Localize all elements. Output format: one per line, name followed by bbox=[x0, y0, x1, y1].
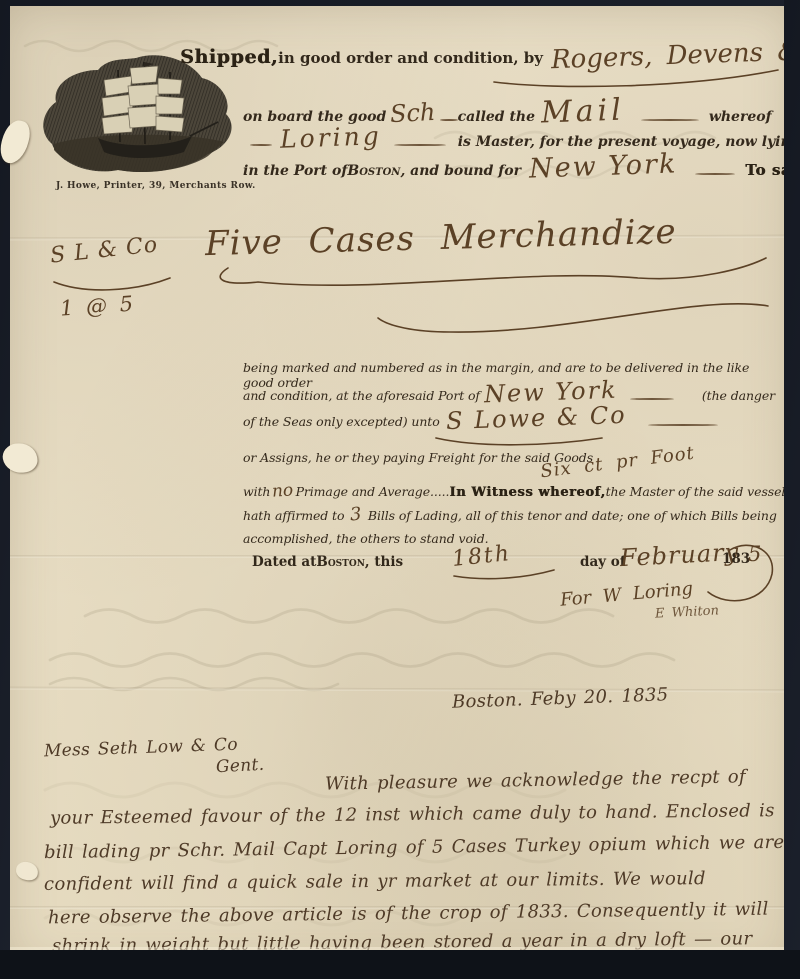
printer-credit: J. Howe, Printer, 39, Merchants Row. bbox=[56, 181, 256, 191]
pen-flourish bbox=[370, 292, 775, 342]
form-word-shipped: Shipped, bbox=[180, 46, 278, 68]
form-witness-line: Primage and Average..... bbox=[296, 484, 450, 499]
form-witness-line: Bills of Lading, all of this tenor and d… bbox=[368, 508, 777, 523]
hand-master-name: Loring bbox=[280, 121, 383, 154]
form-line4-boston: Boston bbox=[347, 163, 400, 179]
form-line4-a1: in the Port of bbox=[243, 163, 347, 179]
scan-edge-right bbox=[784, 0, 800, 979]
pen-dash bbox=[648, 424, 718, 426]
form-dated-a2: , this bbox=[365, 554, 403, 570]
form-paragraph-line: (the danger bbox=[702, 388, 775, 403]
pen-dash bbox=[440, 119, 458, 121]
form-witness-line: with bbox=[243, 484, 270, 499]
hand-shipper-name: Rogers, Devens & Co bbox=[551, 35, 800, 75]
scanned-document-page: J. Howe, Printer, 39, Merchants Row. Shi… bbox=[0, 0, 800, 979]
form-year-printed: 183 bbox=[722, 551, 750, 567]
form-line1-printed: in good order and condition, by bbox=[278, 49, 543, 67]
letter-addressee: Mess Seth Low & Co bbox=[44, 735, 238, 762]
hand-consignee: S Lowe & Co bbox=[445, 401, 627, 435]
paper-tear bbox=[15, 861, 39, 882]
hand-primage: no bbox=[272, 480, 295, 501]
form-line4-a2: , and bound for bbox=[400, 163, 521, 179]
form-in-witness-whereof: In Witness whereof, bbox=[449, 485, 605, 500]
hand-bills-count: 3 bbox=[350, 504, 363, 526]
hand-destination-port: New York bbox=[528, 148, 677, 184]
pen-dash bbox=[641, 119, 699, 121]
scan-edge-bottom bbox=[0, 950, 800, 979]
hand-margin-count: 1 @ 5 bbox=[59, 291, 137, 320]
pen-dash bbox=[394, 144, 446, 146]
form-paragraph-line: of the Seas only excepted) unto bbox=[243, 414, 440, 429]
paper-bottom-highlight bbox=[10, 947, 784, 950]
form-line3-printed: is Master, for the present voyage, now l… bbox=[458, 134, 800, 150]
form-witness-line: accomplished, the others to stand void. bbox=[243, 531, 489, 546]
form-witness-line: hath affirmed to bbox=[243, 508, 344, 523]
pen-dash bbox=[630, 398, 674, 400]
form-dated-a1: Dated at bbox=[252, 554, 316, 570]
pen-dash bbox=[695, 173, 735, 175]
letter-salutation: Gent. bbox=[216, 755, 265, 778]
form-day-of: day of bbox=[580, 554, 626, 570]
hand-year-digit: 5 bbox=[748, 542, 761, 566]
form-dated-boston: Boston bbox=[316, 554, 365, 570]
pen-dash bbox=[250, 144, 272, 146]
form-paragraph-line: and condition, at the aforesaid Port of bbox=[243, 388, 480, 403]
form-witness-line: the Master of the said vessel bbox=[606, 484, 786, 499]
scan-edge-top bbox=[0, 0, 800, 6]
